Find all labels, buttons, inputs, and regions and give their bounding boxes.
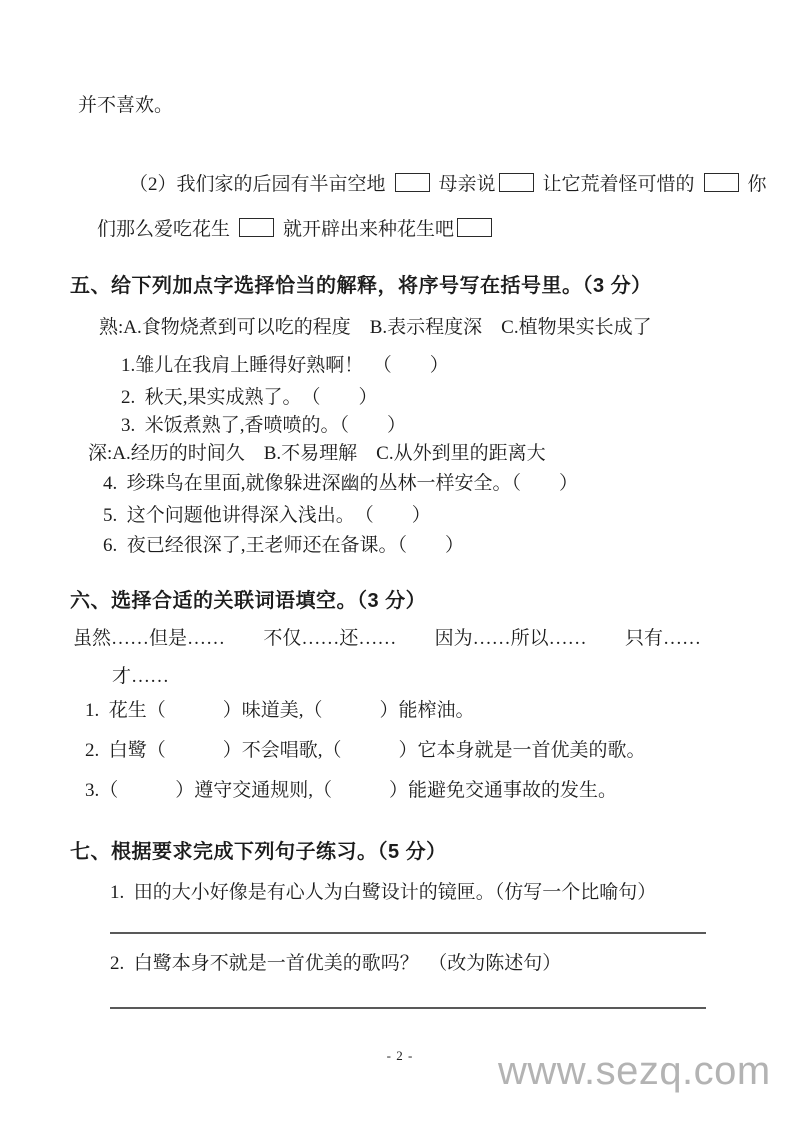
word-bank-option: 只有…… (625, 627, 701, 651)
section-5-shen-options: 深:A.经历的时间久 B.不易理解 C.从外到里的距离大 (88, 442, 546, 466)
sentence-segment: 们那么爱吃花生 (97, 219, 230, 240)
section-6-word-bank: 虽然……但是…… 不仅……还…… 因为……所以…… 只有…… (73, 627, 701, 651)
word-bank-option: 因为……所以…… (435, 627, 587, 651)
word-bank-option: 不仅……还…… (263, 627, 396, 651)
punctuation-exercise-line-2: 们那么爱吃花生就开辟出来种花生吧 (78, 194, 501, 265)
punctuation-box (395, 173, 430, 192)
punctuation-box (239, 218, 274, 237)
sentence-segment: （2）我们家的后园有半亩空地 (129, 174, 386, 195)
sentence-segment: 你 (748, 174, 767, 195)
sentence-segment: 母亲说 (439, 174, 496, 195)
punctuation-box (704, 173, 739, 192)
punctuation-box (457, 218, 492, 237)
sentence-segment: 让它荒着怪可惜的 (543, 174, 695, 195)
section-5-item-3: 3. 米饭煮熟了,香喷喷的。（ ） (121, 414, 406, 438)
section-6-item-1: 1. 花生（ ）味道美,（ ）能榨油。 (85, 699, 475, 723)
section-5-item-1: 1.雏儿在我肩上睡得好熟啊！ （ ） (121, 354, 449, 378)
worksheet-page: 并不喜欢。 （2）我们家的后园有半亩空地母亲说让它荒着怪可惜的你 们那么爱吃花生… (0, 0, 800, 1132)
section-5-shu-options: 熟:A.食物烧煮到可以吃的程度 B.表示程度深 C.植物果实长成了 (99, 316, 652, 340)
section-5-item-4: 4. 珍珠鸟在里面,就像躲进深幽的丛林一样安全。（ ） (103, 472, 578, 496)
section-7-heading: 七、根据要求完成下列句子练习。（5 分） (70, 840, 447, 865)
word-bank-option: 虽然……但是…… (73, 627, 225, 651)
section-5-item-6: 6. 夜已经很深了,王老师还在备课。（ ） (103, 534, 464, 558)
sentence-segment: 就开辟出来种花生吧 (283, 219, 454, 240)
continuation-line-1: 并不喜欢。 (78, 94, 173, 118)
answer-line (110, 932, 706, 934)
section-6-item-2: 2. 白鹭（ ）不会唱歌,（ ）它本身就是一首优美的歌。 (85, 739, 646, 763)
section-7-item-2: 2. 白鹭本身不就是一首优美的歌吗？ （改为陈述句） (110, 952, 561, 976)
answer-line (110, 1007, 706, 1009)
section-5-item-5: 5. 这个问题他讲得深入浅出。 （ ） (103, 504, 431, 528)
section-6-item-3: 3.（ ）遵守交通规则,（ ）能避免交通事故的发生。 (85, 779, 617, 803)
watermark: www.sezq.com (498, 1051, 771, 1091)
section-5-heading: 五、给下列加点字选择恰当的解释，将序号写在括号里。（3 分） (70, 274, 652, 299)
section-5-item-2: 2. 秋天,果实成熟了。 （ ） (121, 386, 378, 410)
section-6-word-bank-continued: 才…… (112, 665, 169, 689)
punctuation-box (499, 173, 534, 192)
section-6-heading: 六、选择合适的关联词语填空。（3 分） (70, 589, 426, 614)
section-7-item-1: 1. 田的大小好像是有心人为白鹭设计的镜匣。（仿写一个比喻句） (110, 881, 656, 905)
